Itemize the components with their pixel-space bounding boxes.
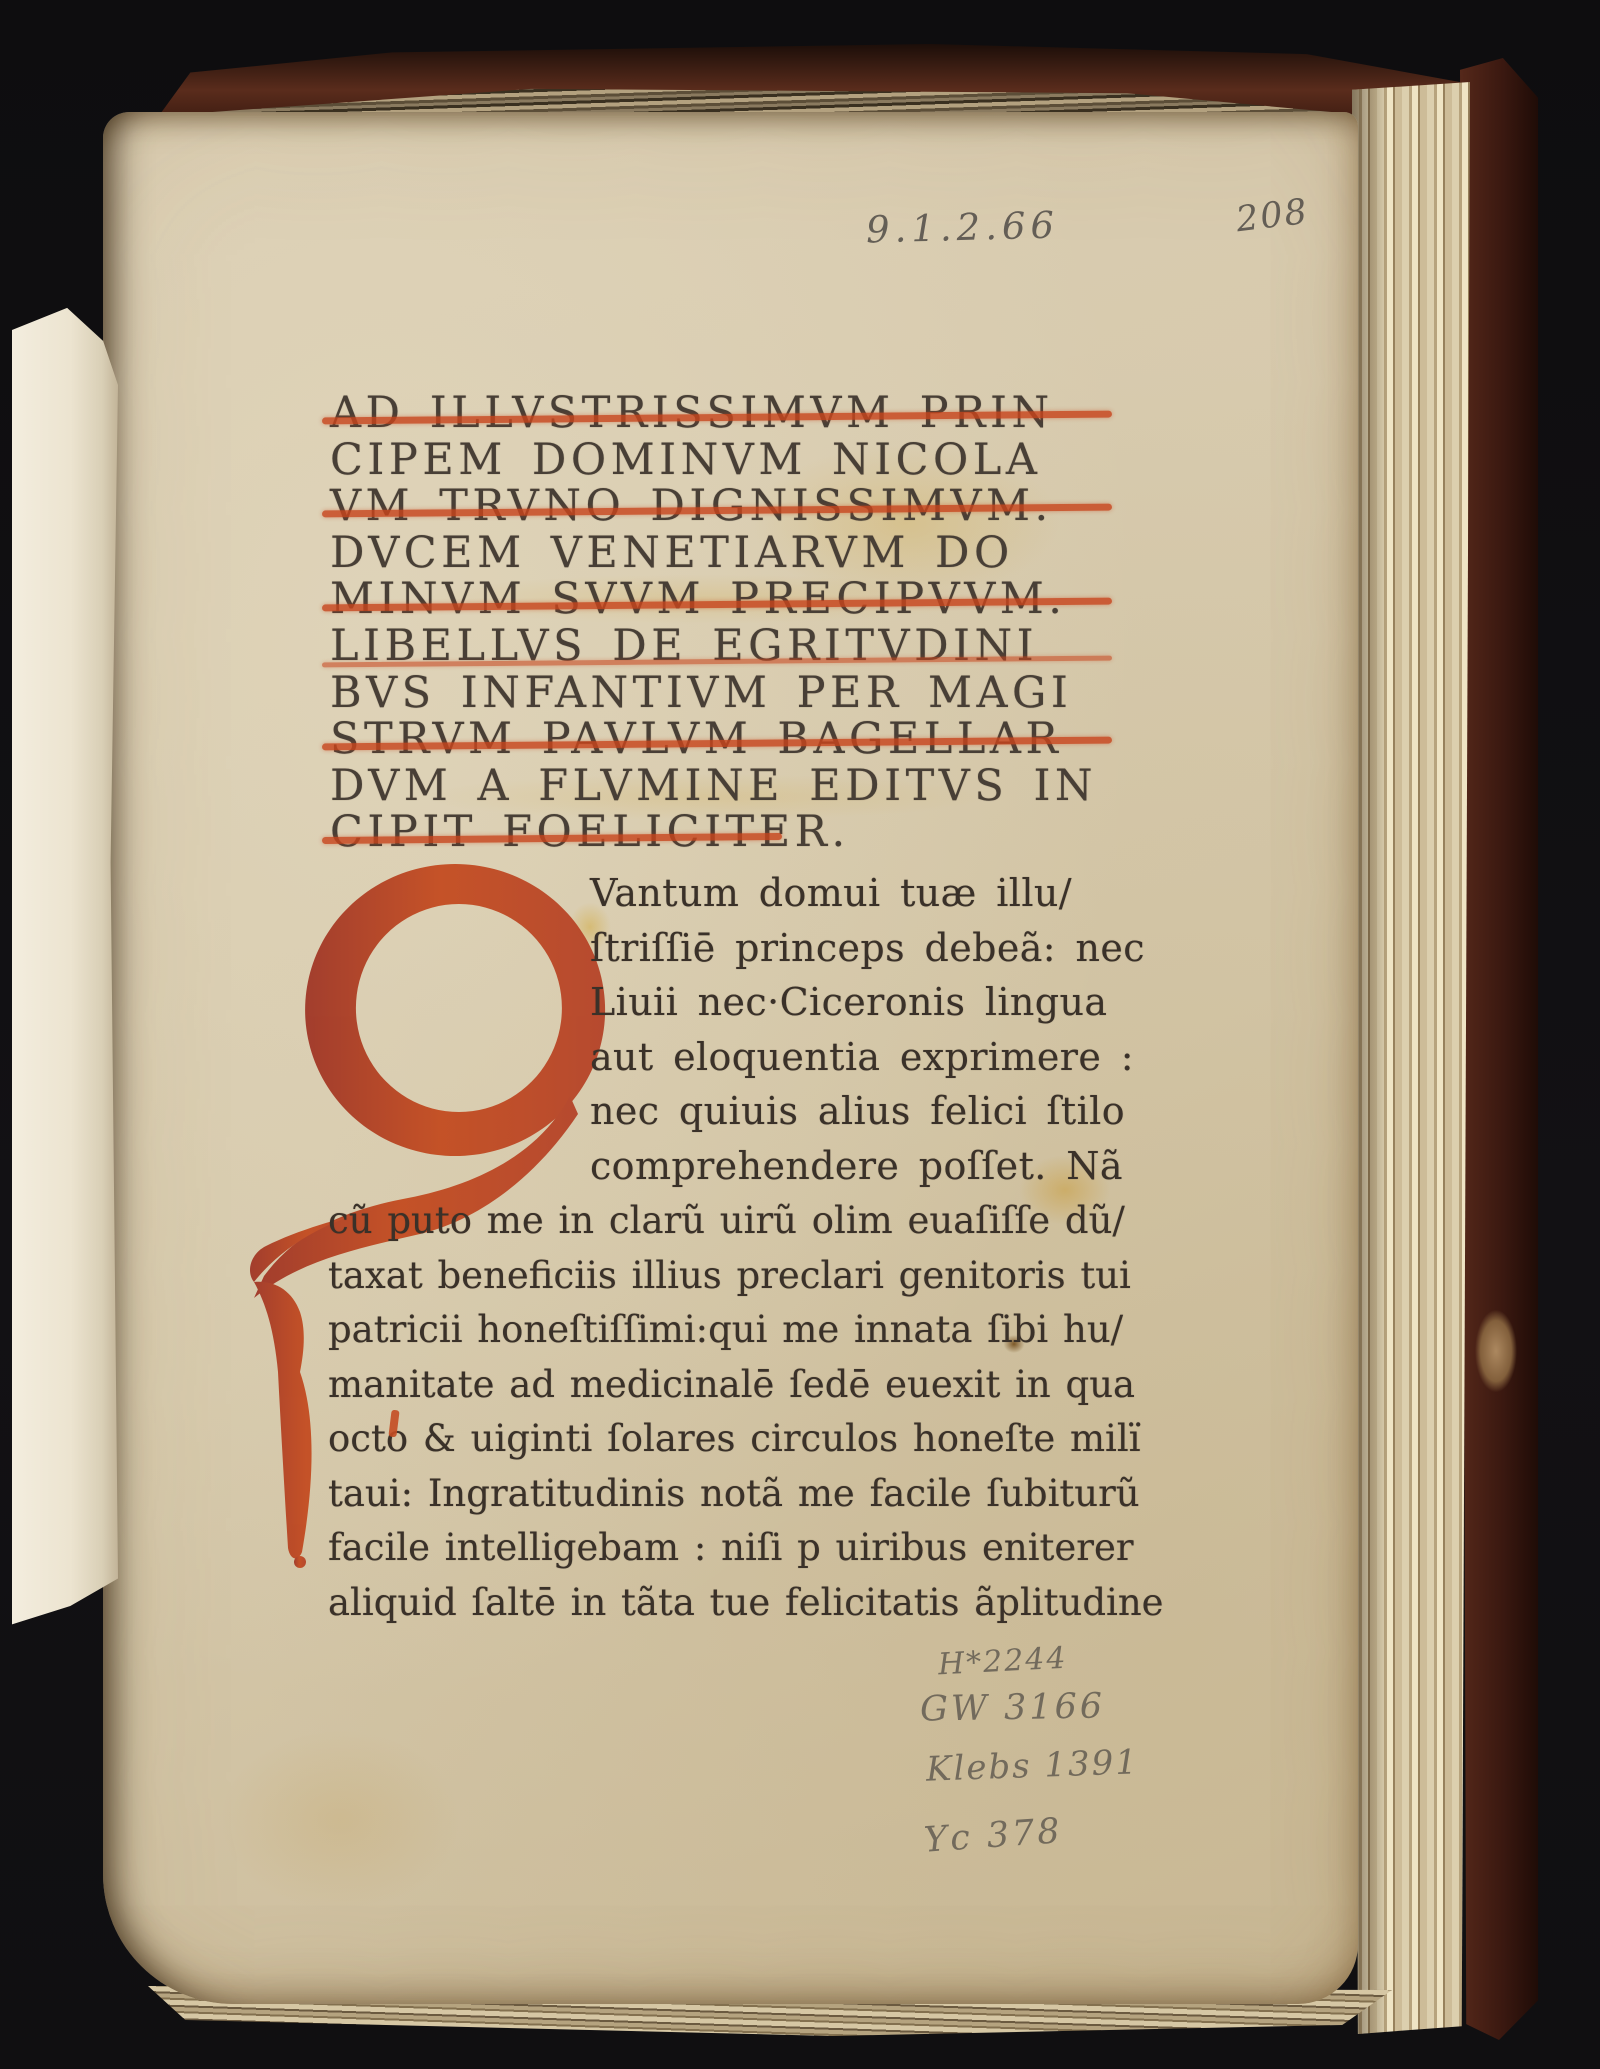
red-strikethrough-mark bbox=[322, 597, 1112, 611]
body-text-line: nec quiuis alius felici ſtilo bbox=[590, 1084, 1145, 1139]
body-text-line: patricii honeſtiſſimi:qui me innata ſibi… bbox=[328, 1303, 1164, 1358]
title-line: STRVM PAVLVM BAGELLAR bbox=[330, 716, 1110, 763]
title-line: DVCEM VENETIARVM DO bbox=[330, 530, 1110, 577]
body-text-line: taxat beneficiis illius preclari genitor… bbox=[328, 1249, 1164, 1304]
title-line: VM TRVNO DIGNISSIMVM. bbox=[330, 483, 1110, 530]
title-line: CIPIT FOELICITER. bbox=[330, 809, 1110, 856]
red-strikethrough-mark bbox=[322, 656, 1112, 668]
red-strikethrough-mark bbox=[322, 504, 1112, 518]
pencil-annotation: Klebs 1391 bbox=[925, 1742, 1139, 1789]
red-strikethrough-mark bbox=[322, 411, 1112, 425]
leather-cover-right bbox=[1460, 58, 1538, 2040]
body-text-line: comprehendere poſſet. Nã bbox=[590, 1139, 1145, 1194]
body-text-line: ſtriſſiē princeps debeã: nec bbox=[590, 921, 1145, 976]
body-text-line: Liuii nec·Ciceronis lingua bbox=[590, 975, 1145, 1030]
book-photograph: 9.1.2.66 208 AD ILLVSTRISSIMVM PRINCIPEM… bbox=[0, 0, 1600, 2069]
title-line: DVM A FLVMINE EDITVS IN bbox=[330, 763, 1110, 810]
pencil-annotation: GW 3166 bbox=[920, 1686, 1106, 1729]
body-text-line: taui: Ingratitudinis notã me facile ſubi… bbox=[328, 1467, 1164, 1522]
title-line: LIBELLVS DE EGRITVDINI bbox=[330, 623, 1110, 670]
body-text-line: facile intelligebam : niſi p uiribus eni… bbox=[328, 1521, 1164, 1576]
body-text-line: aut eloquentia exprimere : bbox=[590, 1030, 1145, 1085]
leather-wear-patch bbox=[1468, 1296, 1524, 1406]
body-text-line: octo & uiginti ſolares circulos honeſte … bbox=[328, 1412, 1164, 1467]
incipit-title-block: AD ILLVSTRISSIMVM PRINCIPEM DOMINVM NICO… bbox=[330, 390, 1110, 856]
title-line: CIPEM DOMINVM NICOLA bbox=[330, 437, 1110, 484]
body-text-line: cũ puto me in clarũ uirũ olim euaſiſſe d… bbox=[328, 1194, 1164, 1249]
title-line: AD ILLVSTRISSIMVM PRIN bbox=[330, 390, 1110, 437]
pencil-annotation: H*2244 bbox=[937, 1641, 1068, 1683]
red-strikethrough-mark bbox=[322, 737, 1112, 751]
red-strikethrough-mark bbox=[322, 833, 782, 844]
page-block-fore-edge bbox=[1352, 82, 1470, 2034]
body-text-line: aliquid ſaltē in tãta tue felicitatis ãp… bbox=[328, 1576, 1164, 1631]
title-line: MINVM SVVM PRECIPVVM. bbox=[330, 576, 1110, 623]
body-text-indented: Vantum domui tuæ illu/ſtriſſiē princeps … bbox=[590, 866, 1145, 1194]
body-text-line: manitate ad medicinalē ſedē euexit in qu… bbox=[328, 1358, 1164, 1413]
shelfmark-handwritten: 9.1.2.66 bbox=[865, 203, 1059, 251]
title-line: BVS INFANTIVM PER MAGI bbox=[330, 670, 1110, 717]
body-text-full-width: cũ puto me in clarũ uirũ olim euaſiſſe d… bbox=[328, 1194, 1164, 1630]
body-text-line: Vantum domui tuæ illu/ bbox=[590, 866, 1145, 921]
